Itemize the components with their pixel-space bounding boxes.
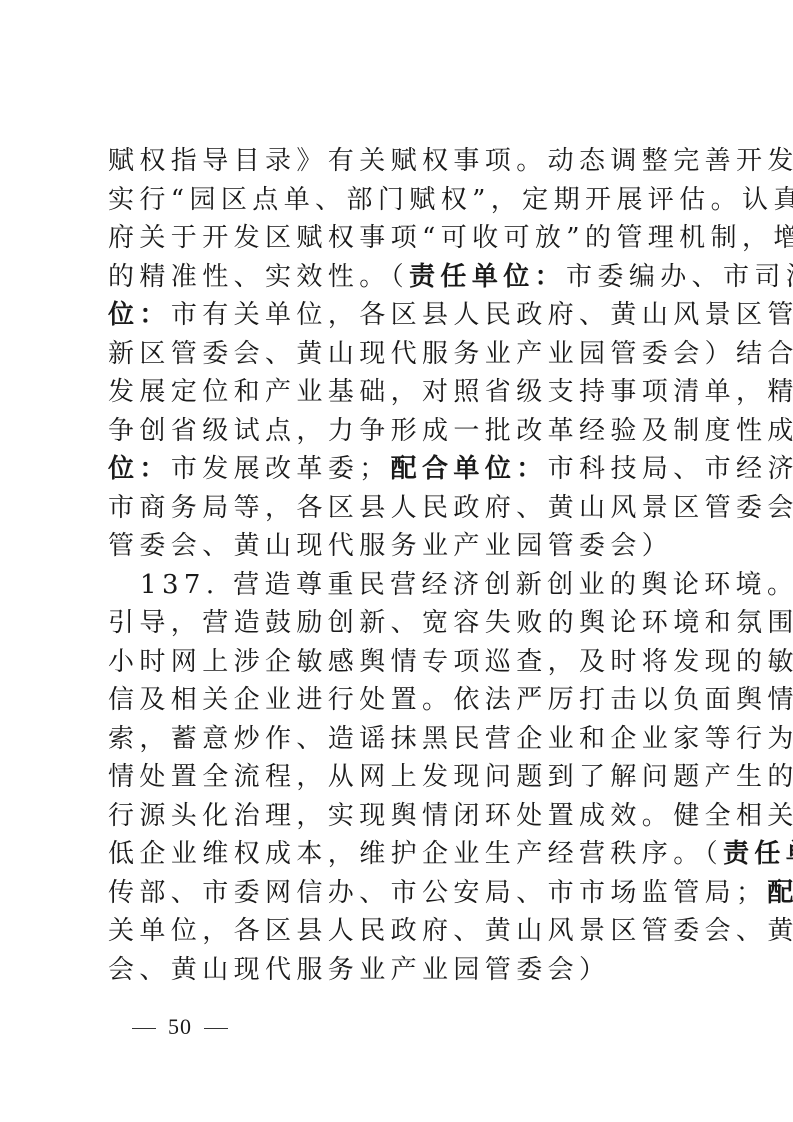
text-line: 小时网上涉企敏感舆情专项巡查，及时将发现的敏感舆情通报网	[108, 643, 688, 682]
text-line: 发展定位和产业基础，对照省级支持事项清单，精准选择事项，	[108, 373, 688, 412]
text-run: 信及相关企业进行处置。依法严厉打击以负面舆情为要挟进行勒	[108, 685, 793, 715]
text-line: 争创省级试点，力争形成一批改革经验及制度性成果。（责任单	[108, 412, 688, 451]
text-run: 新区管委会、黄山现代服务业产业园管委会）结合市内各开发区	[108, 339, 793, 369]
text-line: 新区管委会、黄山现代服务业产业园管委会）结合市内各开发区	[108, 335, 688, 374]
text-run: 的精准性、实效性。（	[108, 262, 409, 292]
text-line: 位：市发展改革委；配合单位：市科技局、市经济和信息化局、	[108, 450, 688, 489]
text-line: 实行“园区点单、部门赋权”，定期开展评估。认真贯彻落实省政	[108, 181, 688, 220]
bold-label: 责任单位：	[723, 839, 793, 869]
text-line: 传部、市委网信办、市公安局、市市场监管局；配合单位：市有	[108, 874, 688, 913]
bold-label: 责任单位：	[409, 262, 566, 292]
text-run: 发展定位和产业基础，对照省级支持事项清单，精准选择事项，	[108, 377, 793, 407]
text-run: 管委会、黄山现代服务业产业园管委会）	[108, 531, 673, 561]
page-number-dash-right	[204, 1028, 228, 1029]
text-run: 市发展改革委；	[171, 454, 391, 484]
text-run: 小时网上涉企敏感舆情专项巡查，及时将发现的敏感舆情通报网	[108, 647, 793, 677]
document-page: 赋权指导目录》有关赋权事项。动态调整完善开发区赋权清单，实行“园区点单、部门赋权…	[0, 0, 793, 1122]
item-137-heading-line: 137. 营造尊重民营经济创新创业的舆论环境。加强社会舆论	[140, 566, 688, 605]
text-run: 市商务局等，各区县人民政府、黄山风景区管委会、黄山高新区	[108, 493, 793, 523]
text-line: 的精准性、实效性。（责任单位：市委编办、市司法局；配合单	[108, 258, 688, 297]
text-line: 低企业维权成本，维护企业生产经营秩序。（责任单位：市委宣	[108, 835, 688, 874]
text-line: 信及相关企业进行处置。依法严厉打击以负面舆情为要挟进行勒	[108, 681, 688, 720]
text-line: 索，蓄意炒作、造谣抹黑民营企业和企业家等行为。及时跟踪舆	[108, 720, 688, 759]
text-line: 赋权指导目录》有关赋权事项。动态调整完善开发区赋权清单，	[108, 142, 688, 181]
text-run: 会、黄山现代服务业产业园管委会）	[108, 955, 610, 985]
text-run: 传部、市委网信办、市公安局、市市场监管局；	[108, 878, 767, 908]
bold-label: 配合单位：	[391, 454, 548, 484]
text-run: 府关于开发区赋权事项“可收可放”的管理机制，增强赋权工作	[108, 223, 793, 253]
text-run: 索，蓄意炒作、造谣抹黑民营企业和企业家等行为。及时跟踪舆	[108, 724, 793, 754]
text-run: 低企业维权成本，维护企业生产经营秩序。（	[108, 839, 723, 869]
text-line: 市商务局等，各区县人民政府、黄山风景区管委会、黄山高新区	[108, 489, 688, 528]
bold-label: 配合单位：	[767, 878, 793, 908]
text-run: 137. 营造尊重民营经济创新创业的舆论环境。加强社会舆论	[140, 570, 793, 600]
text-run: 关单位，各区县人民政府、黄山风景区管委会、黄山高新区管委	[108, 916, 793, 946]
text-run: 实行“园区点单、部门赋权”，定期开展评估。认真贯彻落实省政	[108, 185, 793, 215]
bold-label: 位：	[108, 300, 171, 330]
page-number: 50	[120, 1012, 240, 1043]
page-number-dash-left	[132, 1028, 156, 1029]
text-run: 行源头化治理，实现舆情闭环处置成效。健全相关举报机制，降	[108, 801, 793, 831]
text-line: 情处置全流程，从网上发现问题到了解问题产生的根源，从而进	[108, 758, 688, 797]
text-run: 市有关单位，各区县人民政府、黄山风景区管委会、黄山高	[171, 300, 793, 330]
text-run: 争创省级试点，力争形成一批改革经验及制度性成果。（	[108, 416, 793, 446]
text-line: 府关于开发区赋权事项“可收可放”的管理机制，增强赋权工作	[108, 219, 688, 258]
text-line: 管委会、黄山现代服务业产业园管委会）	[108, 527, 688, 566]
bold-label: 位：	[108, 454, 171, 484]
text-line: 行源头化治理，实现舆情闭环处置成效。健全相关举报机制，降	[108, 797, 688, 836]
text-run: 引导，营造鼓励创新、宽容失败的舆论环境和氛围。实行 7×24	[108, 608, 793, 638]
text-run: 情处置全流程，从网上发现问题到了解问题产生的根源，从而进	[108, 762, 793, 792]
text-run: 市委编办、市司法局；	[566, 262, 793, 292]
page-number-value: 50	[168, 1014, 192, 1039]
text-line: 会、黄山现代服务业产业园管委会）	[108, 951, 688, 990]
text-line: 引导，营造鼓励创新、宽容失败的舆论环境和氛围。实行 7×24	[108, 604, 688, 643]
text-run: 市科技局、市经济和信息化局、	[548, 454, 793, 484]
text-line: 关单位，各区县人民政府、黄山风景区管委会、黄山高新区管委	[108, 912, 688, 951]
text-run: 赋权指导目录》有关赋权事项。动态调整完善开发区赋权清单，	[108, 146, 793, 176]
text-line: 位：市有关单位，各区县人民政府、黄山风景区管委会、黄山高	[108, 296, 688, 335]
